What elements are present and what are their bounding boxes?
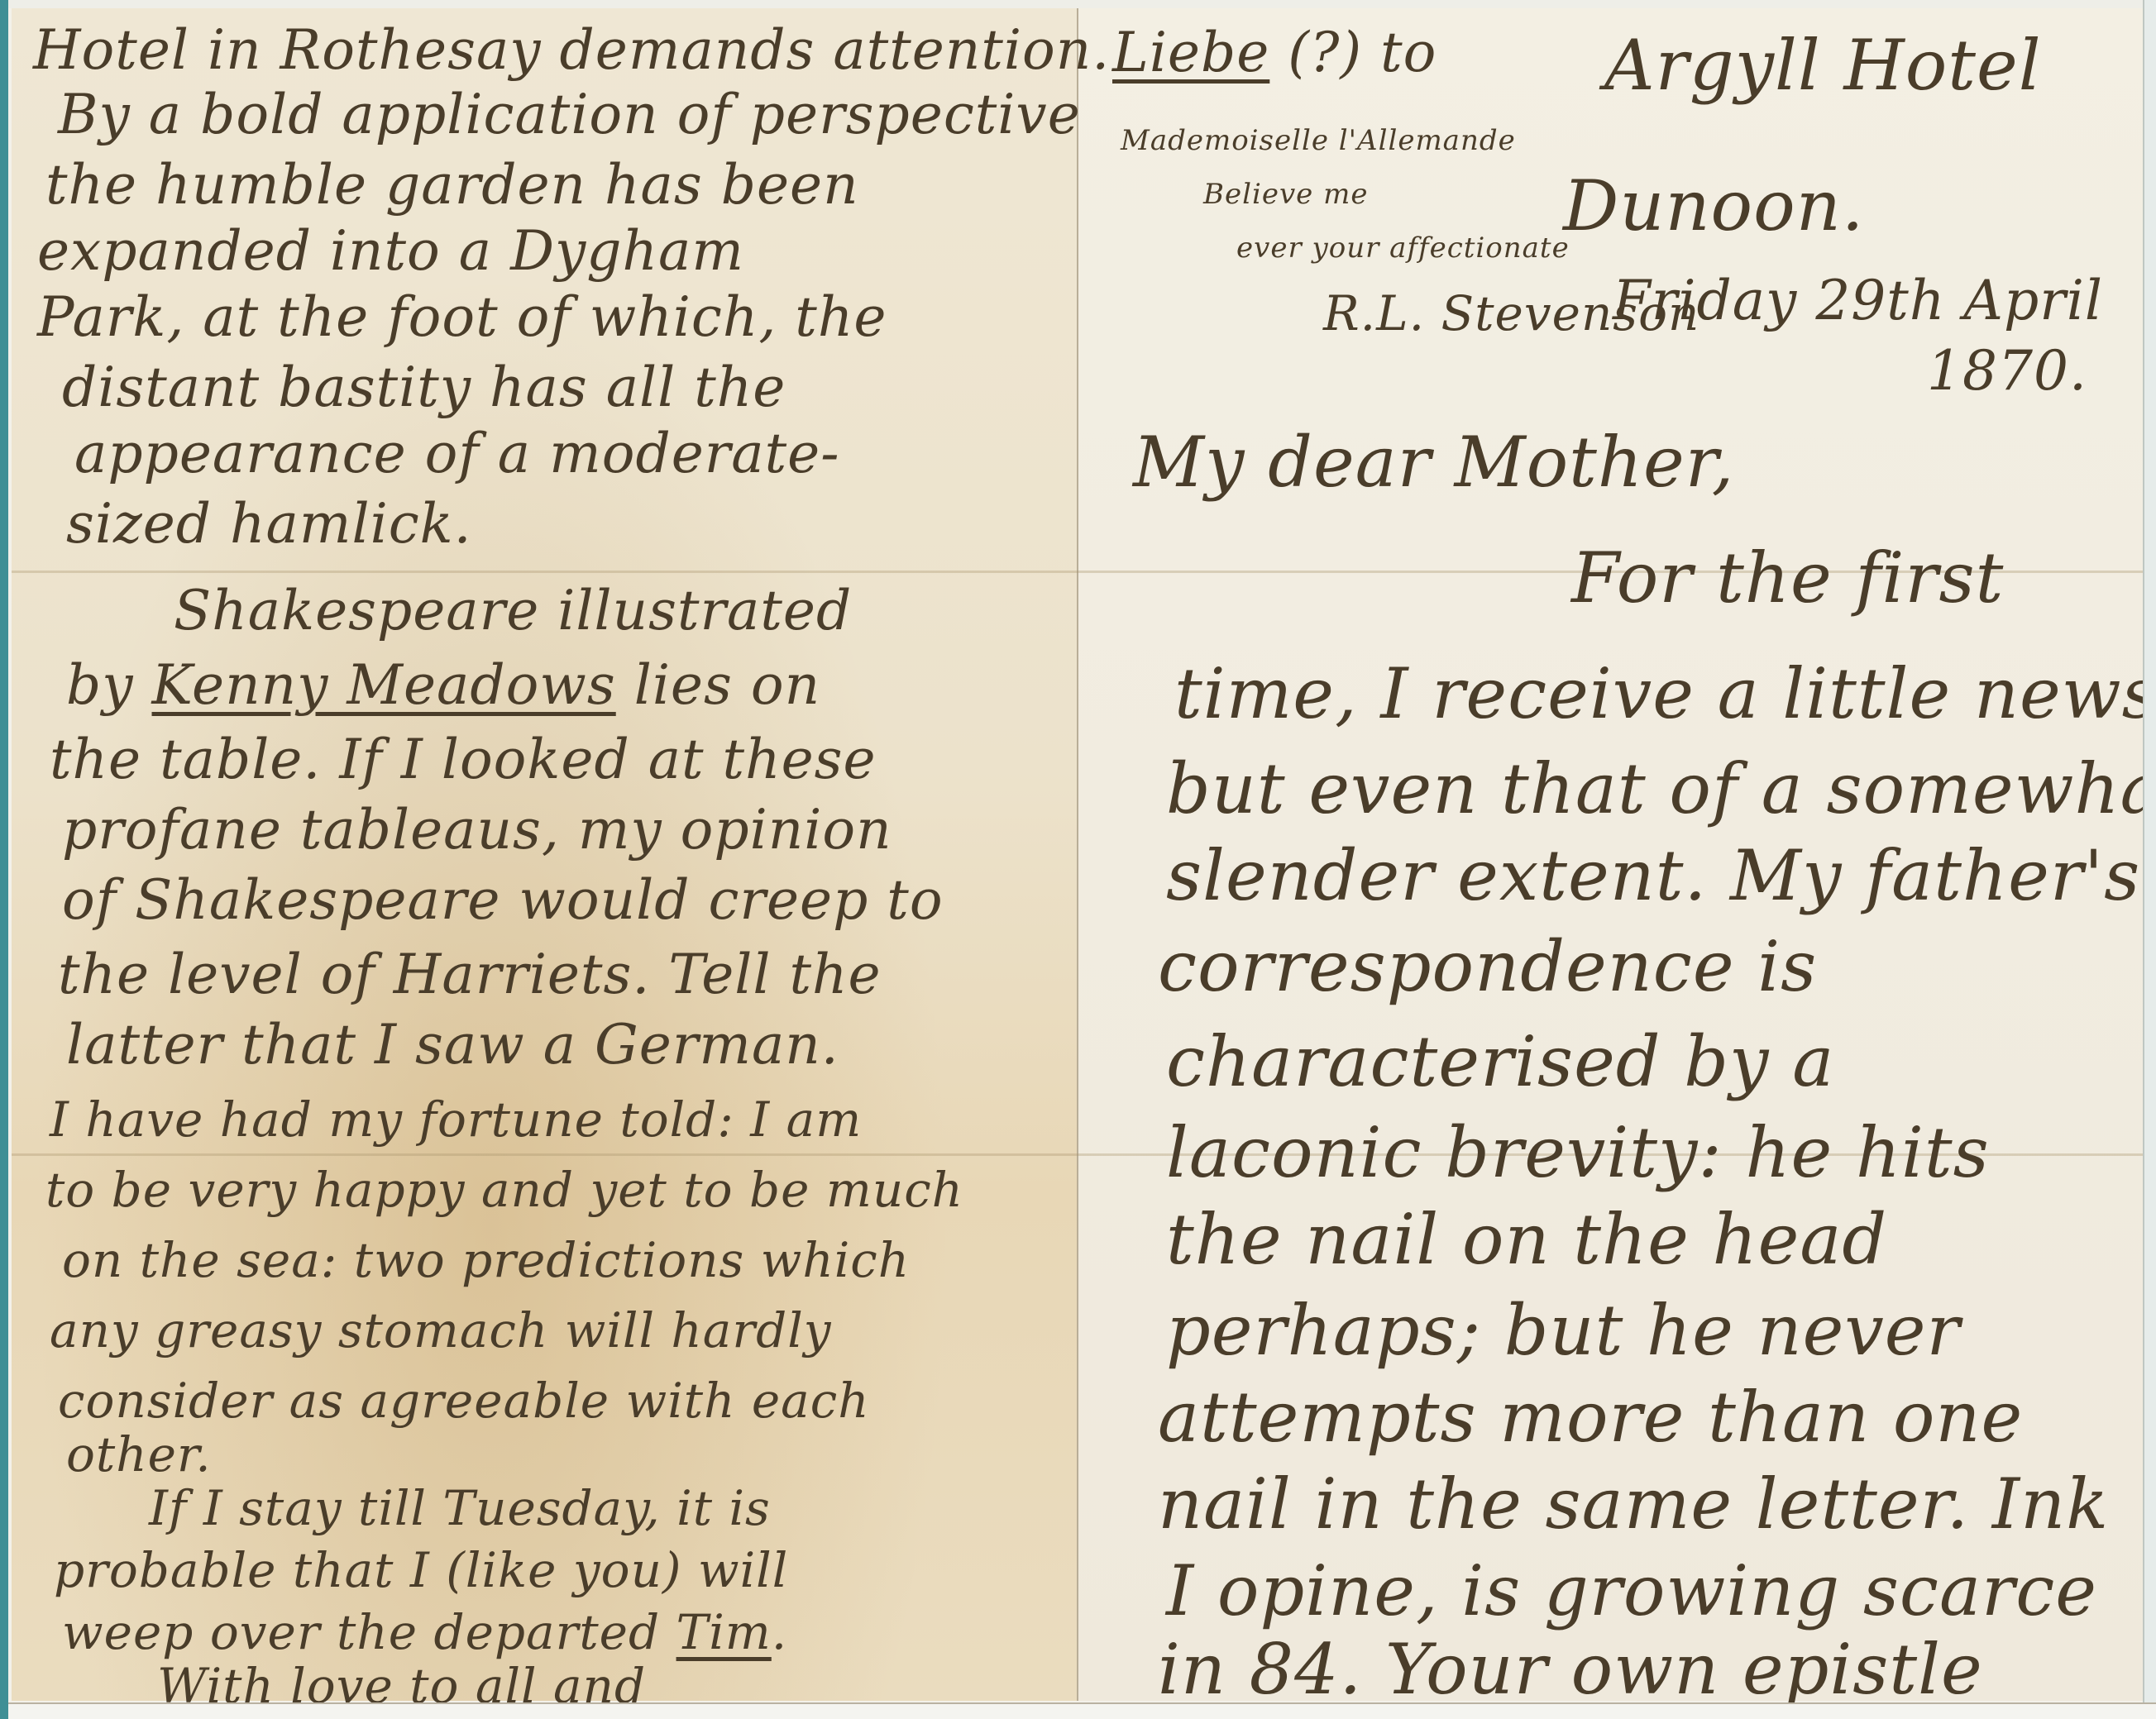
letter-line: time, I receive a little news <box>1174 653 2156 734</box>
letter-line: to be very happy and yet to be much <box>45 1162 963 1218</box>
letter-line: Park, at the foot of which, the <box>37 285 887 349</box>
letter-line: nail in the same letter. Ink <box>1158 1464 2109 1545</box>
letter-line: the level of Harriets. Tell the <box>58 943 882 1006</box>
letter-line: laconic brevity: he hits <box>1166 1112 1990 1193</box>
letter-line: of Shakespeare would creep to <box>62 868 944 932</box>
underlined-name: Kenny Meadows <box>152 653 616 717</box>
letter-line: For the first <box>1571 537 2004 618</box>
scan-border-right <box>2143 0 2156 1719</box>
letter-line: the humble garden has been <box>45 153 859 217</box>
hotel-name: Argyll Hotel <box>1604 25 2042 106</box>
letter-line: appearance of a moderate- <box>74 422 840 485</box>
letter-line: correspondence is <box>1158 926 1817 1007</box>
letter-line: I have had my fortune told: I am <box>50 1091 862 1148</box>
scan-border-bottom <box>8 1702 2156 1719</box>
margin-note: Believe me <box>1203 178 1368 211</box>
letter-line: attempts more than one <box>1158 1377 2023 1458</box>
letter-year: 1870. <box>1927 339 2087 403</box>
letter-line: expanded into a Dygham <box>37 219 744 283</box>
letter-line: If I stay till Tuesday, it is <box>149 1480 771 1536</box>
letter-line: latter that I saw a German. <box>66 1013 839 1077</box>
letter-line: distant bastity has all the <box>62 356 786 419</box>
letter-line: by Kenny Meadows lies on <box>66 653 820 717</box>
letter-line: other. <box>66 1426 212 1483</box>
letter-line: the nail on the head <box>1166 1199 1887 1280</box>
letter-line: the table. If I looked at these <box>50 728 877 791</box>
margin-note: Liebe (?) to <box>1112 21 1437 84</box>
letter-date: Friday 29th April <box>1613 269 2103 332</box>
margin-note: Mademoiselle l'Allemande <box>1121 124 1516 157</box>
letter-line: probable that I (like you) will <box>54 1542 788 1598</box>
letter-line: Hotel in Rothesay demands attention. <box>33 18 1110 82</box>
salutation: My dear Mother, <box>1133 422 1734 503</box>
letter-line: Shakespeare illustrated <box>174 579 852 642</box>
center-fold <box>1077 8 1078 1701</box>
letter-line: By a bold application of perspective <box>58 83 1081 146</box>
letter-line: profane tableaus, my opinion <box>62 798 892 862</box>
scan-border-top <box>8 0 2156 8</box>
letter-line: sized hamlick. <box>66 492 472 556</box>
underlined-name: Tim <box>676 1604 772 1660</box>
letter-line: but even that of a somewhat <box>1166 748 2156 829</box>
letter-line: slender extent. My father's <box>1166 835 2140 916</box>
margin-note: ever your affectionate <box>1236 232 1570 265</box>
scan-edge <box>0 0 8 1719</box>
letter-line: in 84. Your own epistle <box>1158 1629 1983 1710</box>
letter-line: I opine, is growing scarce <box>1166 1550 2097 1631</box>
letter-line: any greasy stomach will hardly <box>50 1302 832 1358</box>
letter-line: consider as agreeable with each <box>58 1373 870 1429</box>
letter-line: weep over the departed Tim. <box>62 1604 787 1660</box>
town-name: Dunoon. <box>1563 165 1865 246</box>
letter-line: perhaps; but he never <box>1166 1290 1961 1371</box>
letter-line: on the sea: two predictions which <box>62 1232 910 1288</box>
letter-line: characterised by a <box>1166 1021 1834 1102</box>
